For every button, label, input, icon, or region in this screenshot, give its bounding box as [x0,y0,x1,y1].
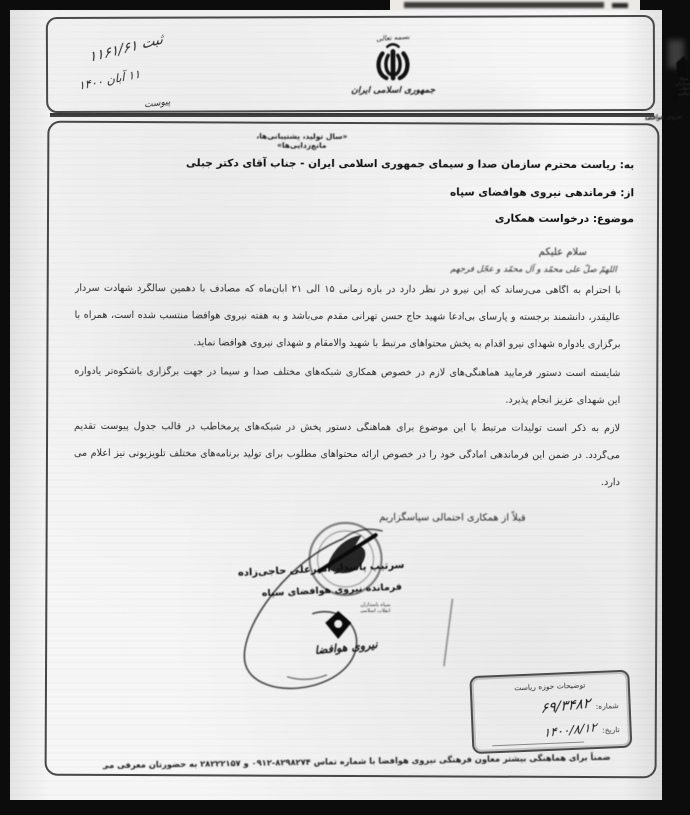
registry-title: توضیحات حوزه ریاست [472,679,628,694]
country-name: جمهوری اسلامی ایران [348,86,438,96]
subject-line: موضوع: درخواست همکاری [495,213,634,226]
year-slogan: «سال تولید، پشتیبانی‌ها، مانع‌زدایی‌ها» [234,131,369,150]
stamp-mini-text: سپاه پاسداران انقلاب اسلامی [353,602,397,614]
registry-stamp-box: توضیحات حوزه ریاست شماره: ۶۹/۳۴۸۲ تاریخ:… [469,670,632,754]
handwritten-reg-date: ۱۱ آبان ۱۴۰۰ [78,67,141,93]
national-emblem-block: بسمه تعالی جمهوری اسلامی ایران [348,34,438,96]
footnote: ضمناً برای هماهنگی بیشتر معاون فرهنگی نی… [103,752,611,770]
body-line: شایسته است دستور فرمایید هماهنگی‌های لاز… [74,366,620,390]
prayer-line: اللهمّ صلّ علی محمّد و آل محمّد و عجّل ف… [450,264,616,275]
closing-line: قبلاً از همکاری احتمالی سپاسگزاریم [379,512,525,524]
pen-stroke [443,599,454,667]
registry-number-value: ۶۹/۳۴۸۲ [541,695,591,717]
fax-header-smudge [404,2,604,8]
registry-date-value: ۱۴۰۰/۸/۱۲ [544,720,597,740]
irgc-aerospace-logo: سپاه پاسداران انقلاب اسلامی نیروی هوافضا [626,55,690,107]
header-divider [50,113,654,117]
letterhead-box: ثبت ۱۱۶۱/۶۱ ۱۱ آبان ۱۴۰۰ پیوست بسمه تعال… [46,15,655,113]
letter-page: ثبت ۱۱۶۱/۶۱ ۱۱ آبان ۱۴۰۰ پیوست بسمه تعال… [10,10,662,800]
registry-date-label: تاریخ: [602,725,620,735]
handwritten-reg-number: ثبت ۱۱۶۱/۶۱ [89,31,164,66]
letter-body-box: «سال تولید، پشتیبانی‌ها، مانع‌زدایی‌ها» … [45,121,660,779]
stamp-emblem-icon [323,610,353,640]
body-line: عالیقدر، دانشمند برجسته و پارسای بی‌ادعا… [75,310,621,334]
handwritten-attachment-note: پیوست [144,97,171,110]
iran-emblem-icon [374,43,412,85]
logo-side-text: سپاه پاسداران انقلاب اسلامی [672,77,690,97]
registry-underline [492,742,584,747]
body-line: می‌گردد. در ضمن این فرماندهی آمادگی خود … [74,448,620,472]
body-line: برگزاری یادواره شهدای نیرو اقدام به پخش … [74,337,620,361]
body-line: دارد. [74,475,620,499]
body-line: این شهدای عزیز انجام پذیرد. [74,393,620,417]
fax-header-smudge [612,3,628,8]
to-line: به: ریاست محترم سازمان صدا و سیمای جمهور… [186,157,634,171]
scanned-letter-screenshot: ثبت ۱۱۶۱/۶۱ ۱۱ آبان ۱۴۰۰ پیوست بسمه تعال… [0,0,690,815]
salutation: سلام علیکم [539,247,587,258]
body-line: لازم به ذکر است تولیدات مرتبط با این موض… [74,421,620,445]
registry-number-label: شماره: [596,701,619,711]
body-line: با احترام به آگاهی می‌رساند که این نیرو … [75,283,621,307]
from-line: از: فرماندهی نیروی هوافضای سپاه [450,186,634,199]
